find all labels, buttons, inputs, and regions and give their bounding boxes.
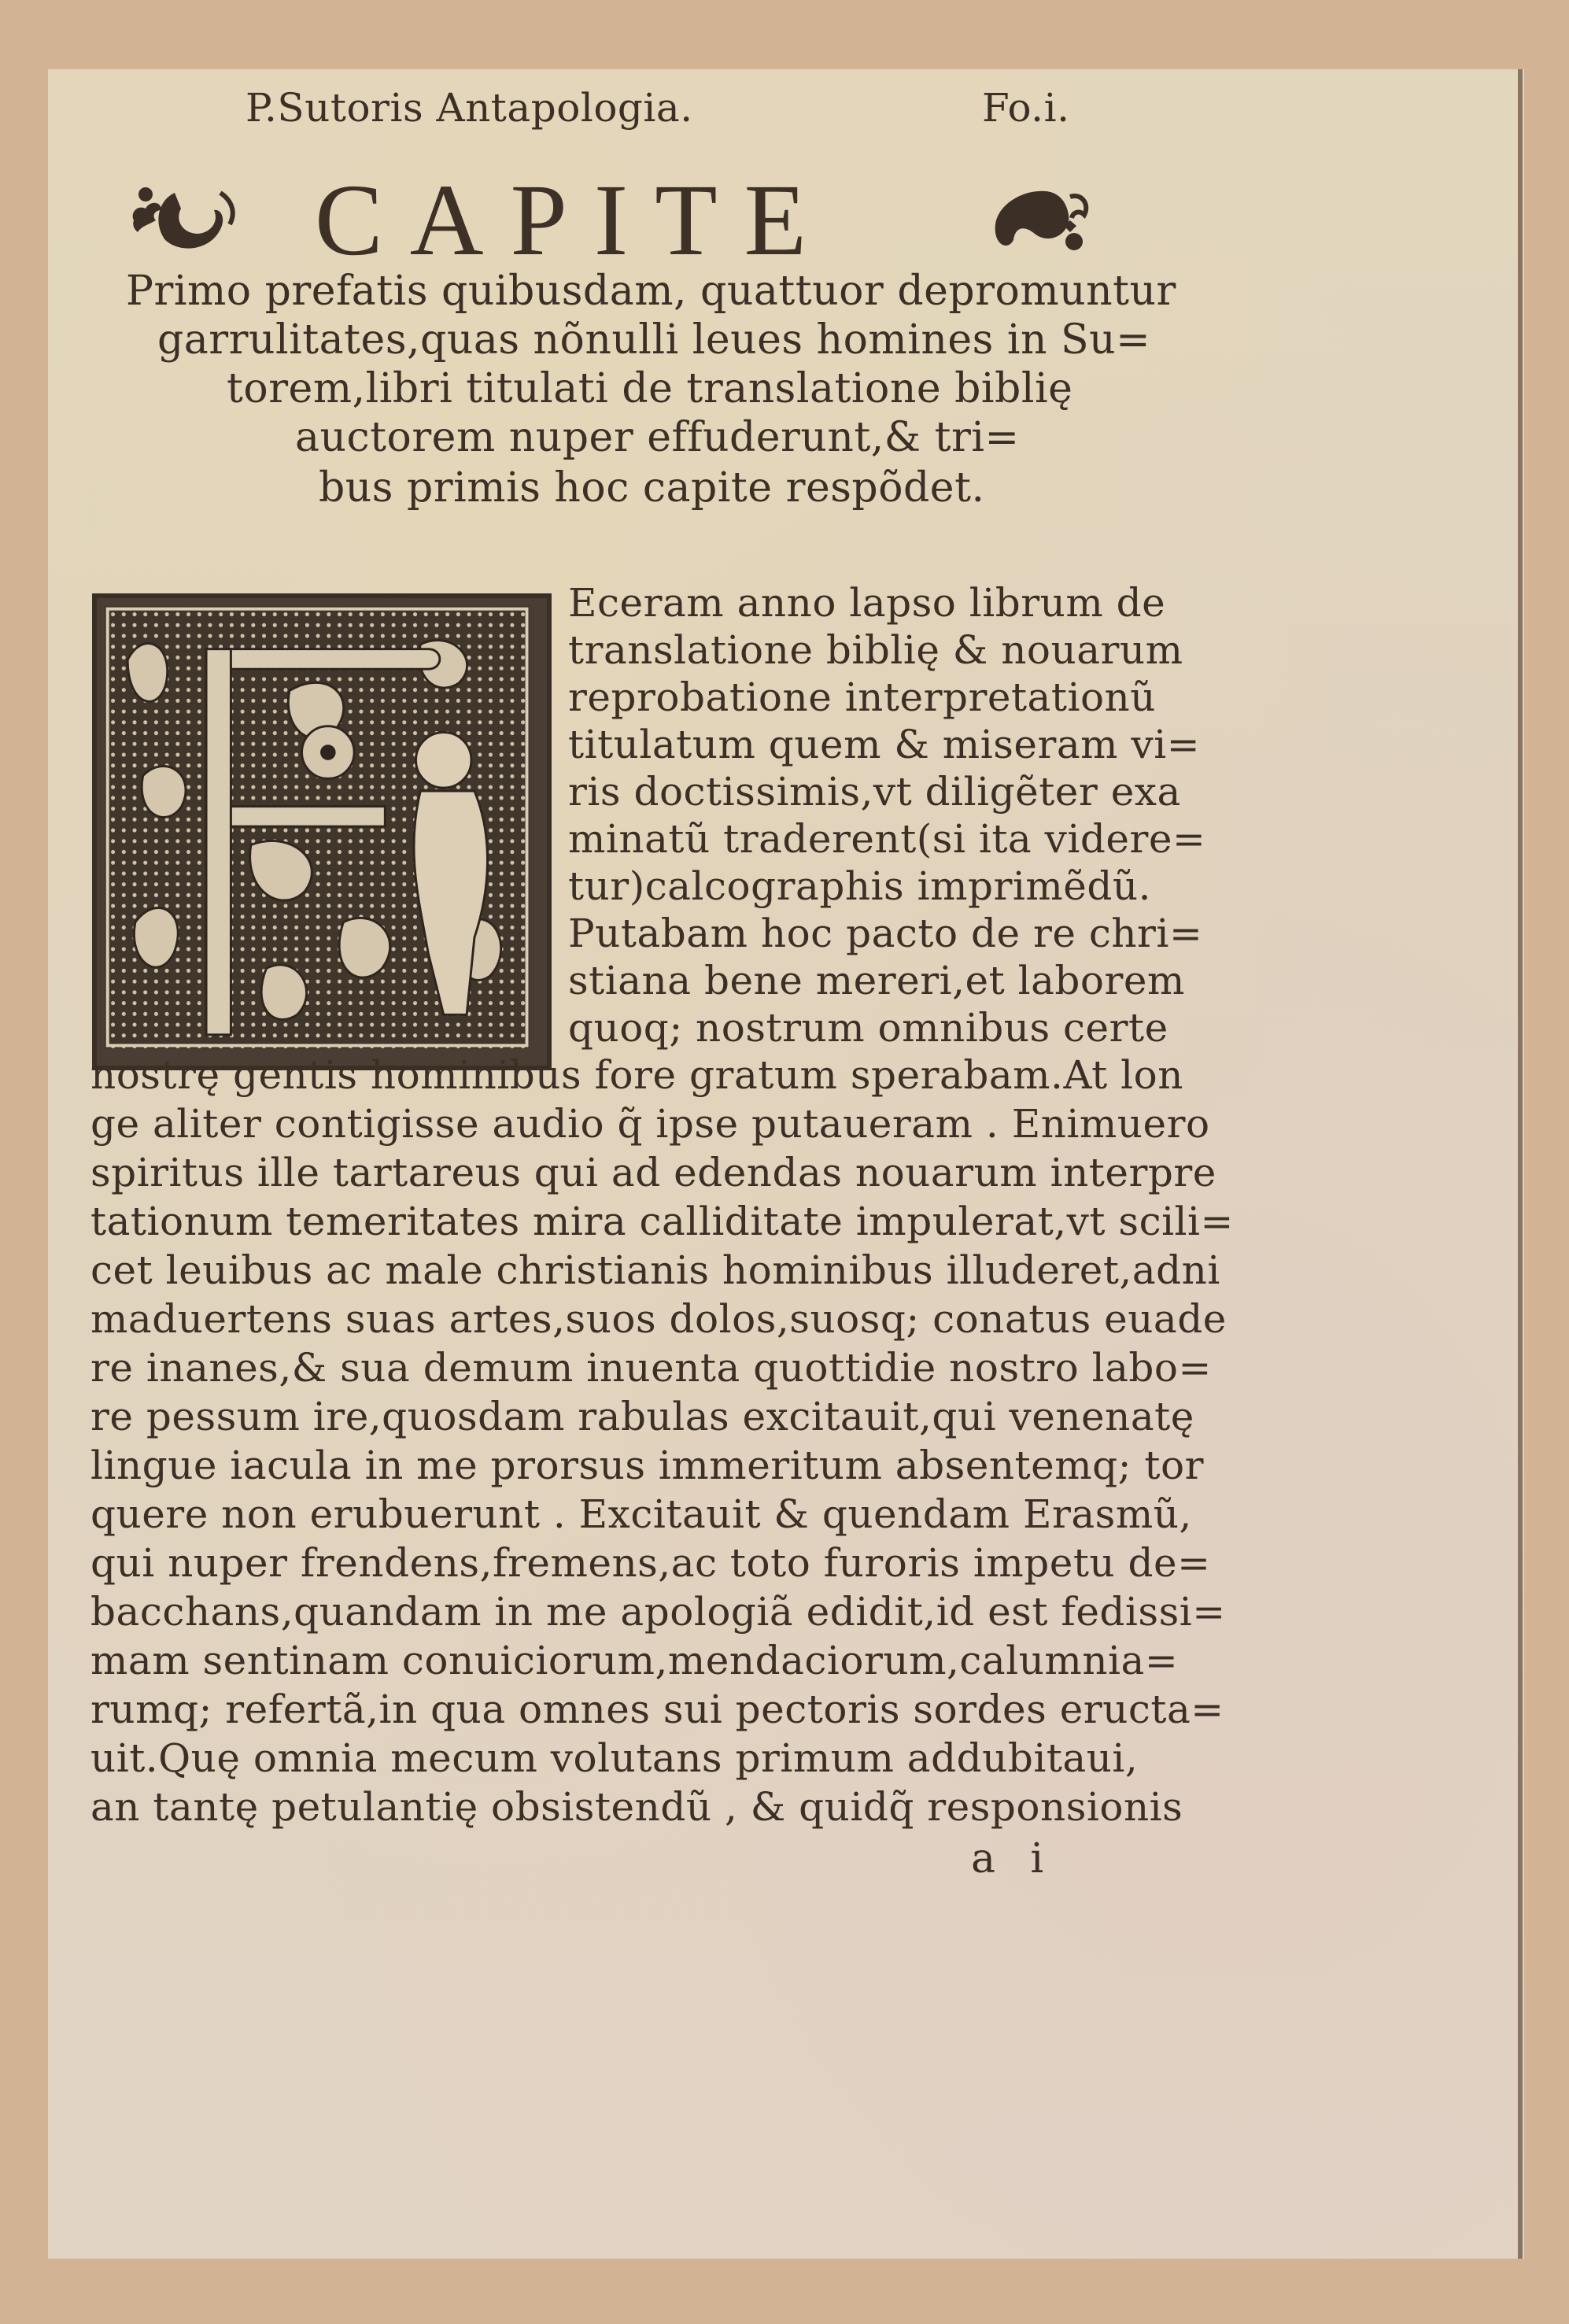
body-line-18: re pessum ire,quosdam rabulas excitauit,… [90, 1394, 1194, 1439]
body-line-7: tur)calcographis imprimẽdũ. [568, 863, 1151, 909]
body-line-4: titulatum quem & miseram vi= [568, 722, 1200, 767]
subtitle-line-1: Primo prefatis quibusdam, quattuor depro… [126, 268, 1176, 315]
body-line-23: mam sentinam conuiciorum,mendaciorum,cal… [90, 1638, 1178, 1683]
folio-number: Fo.i. [982, 85, 1069, 131]
running-head-title: P.Sutoris Antapologia. [246, 85, 693, 131]
body-line-17: re inanes,& sua demum inuenta quottidie … [90, 1345, 1212, 1391]
subtitle-line-3: torem,libri titulati de translatione bib… [227, 365, 1072, 412]
body-line-2: translatione biblię & nouarum [568, 627, 1183, 673]
body-line-9: stiana bene mereri,et laborem [568, 958, 1185, 1003]
body-line-16: maduertens suas artes,suos dolos,suosq; … [90, 1296, 1227, 1342]
body-line-15: cet leuibus ac male christianis hominibu… [90, 1247, 1220, 1293]
body-line-14: tationum temeritates mira calliditate im… [90, 1199, 1234, 1244]
body-line-26: an tantę petulantię obsistendũ , & quidq… [90, 1784, 1183, 1830]
body-line-3: reprobatione interpretationũ [568, 674, 1156, 720]
body-line-25: uit.Quę omnia mecum volutans primum addu… [90, 1735, 1138, 1781]
body-line-8: Putabam hoc pacto de re chri= [568, 911, 1202, 956]
body-line-6: minatũ traderent(si ita videre= [568, 816, 1205, 862]
body-line-21: qui nuper frendens,fremens,ac toto furor… [90, 1540, 1211, 1586]
signature-mark: a i [971, 1835, 1054, 1882]
subtitle-line-4: auctorem nuper effuderunt,& tri= [295, 414, 1020, 461]
body-line-11: nostrę gentis hominibus fore gratum sper… [90, 1052, 1183, 1098]
body-line-22: bacchans,quandam in me apologiã edidit,i… [90, 1589, 1226, 1635]
page-edge [1518, 69, 1523, 2259]
subtitle-line-2: garrulitates,quas nõnulli leues homines … [157, 316, 1150, 364]
chapter-heading: CAPITE [315, 161, 833, 279]
fleuron-right-icon [976, 177, 1094, 256]
body-line-12: ge aliter contigisse audio q̃ ipse putau… [90, 1101, 1210, 1147]
body-line-19: lingue iacula in me prorsus immeritum ab… [90, 1443, 1204, 1488]
subtitle-line-5: bus primis hoc capite respõdet. [319, 464, 985, 512]
body-line-1: Eceram anno lapso librum de [568, 580, 1165, 626]
fleuron-left-icon [126, 177, 244, 256]
body-line-20: quere non erubuerunt . Excitauit & quend… [90, 1491, 1192, 1537]
body-line-24: rumq; refertã,in qua omnes sui pectoris … [90, 1687, 1224, 1732]
body-line-5: ris doctissimis,vt diligẽter exa [568, 769, 1181, 815]
body-line-10: quoq; nostrum omnibus certe [568, 1005, 1168, 1051]
body-line-13: spiritus ille tartareus qui ad edendas n… [90, 1150, 1216, 1195]
woodcut-initial-f [92, 593, 552, 1070]
